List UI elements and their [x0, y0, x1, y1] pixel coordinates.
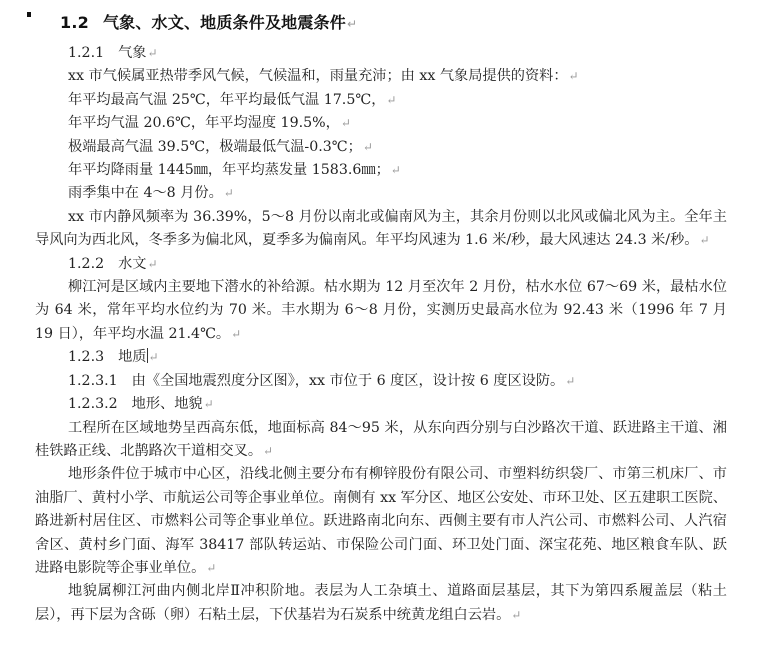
subsection-title: 地质 — [118, 349, 146, 365]
paragraph[interactable]: 极端最高气温 39.5℃，极端最低气温-0.3℃；↵ — [35, 136, 727, 159]
paragraph-mark-icon: ↵ — [363, 140, 373, 154]
item-number: 1.2.3.1 — [68, 373, 118, 389]
section-title: 气象、水文、地质条件及地震条件 — [103, 13, 346, 32]
paragraph[interactable]: 年平均降雨量 1445㎜，年平均蒸发量 1583.6㎜；↵ — [35, 159, 727, 182]
subsection-number: 1.2.2 — [68, 256, 104, 272]
paragraph-mark-icon: ↵ — [148, 257, 158, 271]
paragraph-mark-icon: ↵ — [565, 374, 575, 388]
paragraph[interactable]: 工程所在区域地势呈西高东低，地面标高 84～95 米，从东向西分别与白沙路次干道… — [35, 417, 727, 464]
subsection-number: 1.2.1 — [68, 45, 104, 61]
paragraph-text: 柳江河是区域内主要地下潜水的补给源。枯水期为 12 月至次年 2 月份，枯水水位… — [35, 279, 727, 342]
section-heading[interactable]: 1.2气象、水文、地质条件及地震条件↵ — [60, 10, 357, 33]
paragraph-text: 年平均降雨量 1445㎜，年平均蒸发量 1583.6㎜； — [68, 162, 390, 178]
subsection-heading-geology[interactable]: 1.2.3地质↵ — [35, 346, 727, 369]
subsection-number: 1.2.3 — [68, 349, 104, 365]
subsection-title: 气象 — [118, 45, 146, 61]
paragraph[interactable]: 年平均最高气温 25℃，年平均最低气温 17.5℃，↵ — [35, 89, 727, 112]
paragraph-text: xx 市内静风频率为 36.39%，5～8 月份以南北或偏南风为主，其余月份则以… — [35, 209, 727, 248]
subsection-heading-meteorology[interactable]: 1.2.1气象↵ — [35, 42, 727, 65]
item-title: 地形、地貌 — [132, 396, 203, 412]
paragraph-text: 年平均气温 20.6℃，年平均湿度 19.5%， — [68, 115, 340, 131]
item-seismic-zoning[interactable]: 1.2.3.1由《全国地震烈度分区图》，xx 市位于 6 度区，设计按 6 度区… — [35, 370, 727, 393]
document-page: 1.2气象、水文、地质条件及地震条件↵ 1.2.1气象↵ xx 市气候属亚热带季… — [0, 0, 760, 660]
item-number: 1.2.3.2 — [68, 396, 118, 412]
paragraph-mark-icon: ↵ — [231, 327, 241, 341]
subsection-heading-hydrology[interactable]: 1.2.2水文↵ — [35, 253, 727, 276]
item-terrain-heading[interactable]: 1.2.3.2地形、地貌↵ — [35, 393, 727, 416]
list-bullet-icon — [27, 12, 31, 17]
paragraph-mark-icon: ↵ — [391, 163, 401, 177]
paragraph[interactable]: 地貌属柳江河曲内侧北岸Ⅱ冲积阶地。表层为人工杂填土、道路面层基层，其下为第四系履… — [35, 580, 727, 627]
paragraph-text: 工程所在区域地势呈西高东低，地面标高 84～95 米，从东向西分别与白沙路次干道… — [35, 420, 727, 459]
section-number: 1.2 — [60, 13, 89, 32]
paragraph-mark-icon: ↵ — [224, 186, 234, 200]
paragraph[interactable]: 年平均气温 20.6℃，年平均湿度 19.5%，↵ — [35, 112, 727, 135]
paragraph-text: xx 市气候属亚热带季风气候，气候温和，雨量充沛；由 xx 气象局提供的资料： — [68, 68, 568, 84]
paragraph-text: 地貌属柳江河曲内侧北岸Ⅱ冲积阶地。表层为人工杂填土、道路面层基层，其下为第四系履… — [35, 583, 727, 622]
text-cursor — [147, 348, 148, 363]
paragraph-mark-icon: ↵ — [511, 608, 521, 622]
paragraph[interactable]: xx 市内静风频率为 36.39%，5～8 月份以南北或偏南风为主，其余月份则以… — [35, 206, 727, 253]
paragraph-mark-icon: ↵ — [386, 93, 396, 107]
paragraph-mark-icon: ↵ — [149, 350, 159, 364]
paragraph[interactable]: 柳江河是区域内主要地下潜水的补给源。枯水期为 12 月至次年 2 月份，枯水水位… — [35, 276, 727, 346]
subsection-title: 水文 — [118, 256, 146, 272]
paragraph-mark-icon: ↵ — [206, 561, 216, 575]
paragraph-mark-icon: ↵ — [148, 46, 158, 60]
paragraph-mark-icon: ↵ — [263, 444, 273, 458]
paragraph-text: 极端最高气温 39.5℃，极端最低气温-0.3℃； — [68, 139, 362, 155]
paragraph-text: 由《全国地震烈度分区图》，xx 市位于 6 度区，设计按 6 度区设防。 — [132, 373, 565, 389]
paragraph[interactable]: xx 市气候属亚热带季风气候，气候温和，雨量充沛；由 xx 气象局提供的资料：↵ — [35, 65, 727, 88]
paragraph-text: 年平均最高气温 25℃，年平均最低气温 17.5℃， — [68, 92, 385, 108]
paragraph-mark-icon: ↵ — [347, 17, 357, 31]
document-body[interactable]: 1.2.1气象↵ xx 市气候属亚热带季风气候，气候温和，雨量充沛；由 xx 气… — [35, 42, 727, 627]
paragraph-mark-icon: ↵ — [204, 397, 214, 411]
paragraph-mark-icon: ↵ — [569, 69, 579, 83]
paragraph-mark-icon: ↵ — [699, 233, 709, 247]
paragraph[interactable]: 雨季集中在 4～8 月份。↵ — [35, 182, 727, 205]
paragraph-mark-icon: ↵ — [341, 116, 351, 130]
paragraph-text: 雨季集中在 4～8 月份。 — [68, 185, 223, 201]
paragraph-text: 地形条件位于城市中心区，沿线北侧主要分布有柳锌股份有限公司、市塑料纺织袋厂、市第… — [35, 466, 727, 576]
paragraph[interactable]: 地形条件位于城市中心区，沿线北侧主要分布有柳锌股份有限公司、市塑料纺织袋厂、市第… — [35, 463, 727, 580]
